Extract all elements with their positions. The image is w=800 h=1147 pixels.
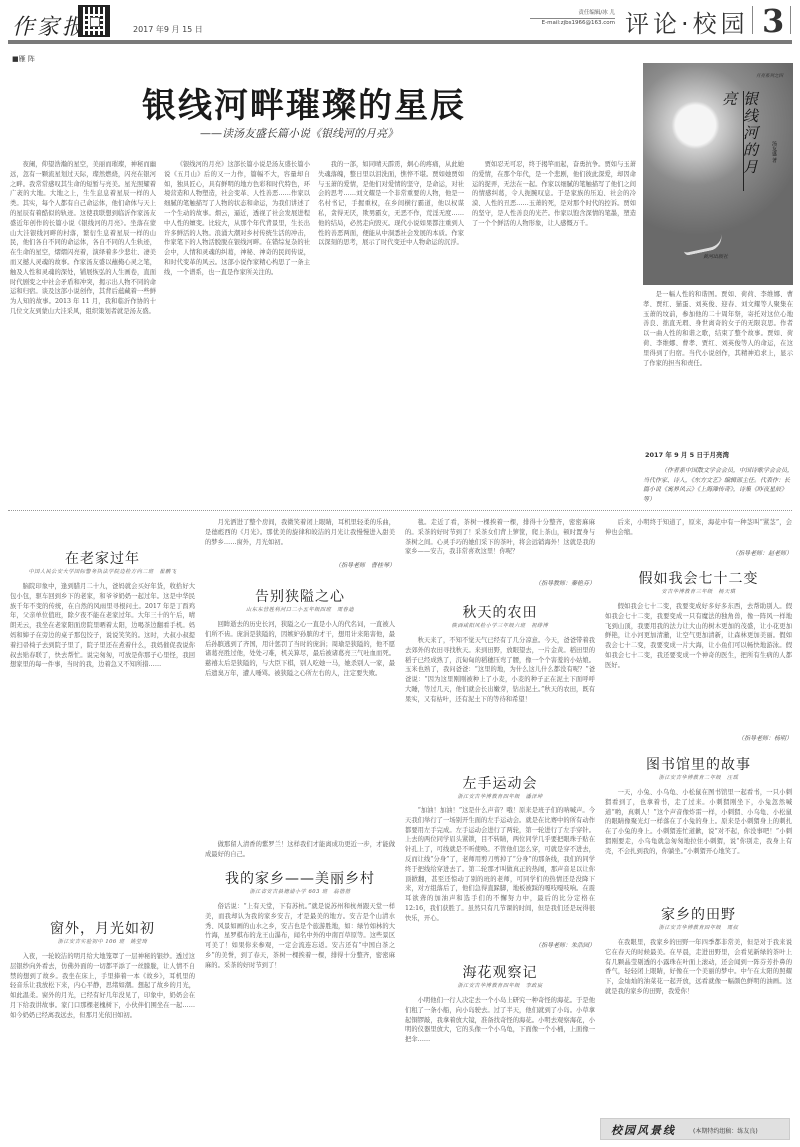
story-title: 家乡的田野	[605, 904, 792, 924]
feature-column-3: 我的一部，如同晴天霹雳，炯心的疼痛，从此她失魂落魄，整日里以泪洗面，憔悴不堪。贾…	[318, 160, 464, 478]
story-continuation: 毯。走近了看，茶树一棵挨着一棵，排得十分整齐，密密麻麻的。采茶的好时节到了！采茶…	[405, 518, 595, 558]
editor-info: 责任编辑/冰 儿 E-mail:zjbs1966@163.com	[530, 9, 615, 28]
masthead-rule	[8, 40, 792, 44]
story-school: 中国人民公安大学国际警务执法学院边检方向二班 崔鹏飞	[10, 568, 195, 575]
story-continuation: 月光洒进了整个房间，我微笑着闭上眼睛，耳机里轻柔的乐曲，是德彪西的《月光》。那优…	[205, 518, 395, 554]
story-school: 浙江安吉华博教育四年级 潘泽坤	[405, 793, 595, 800]
story-school: 陕西咸阳风检小学三年级六班 祝绯博	[405, 622, 595, 629]
column-brand: 校园风景线	[611, 1122, 676, 1138]
story-title: 告别狭隘之心	[205, 586, 395, 606]
story-title: 窗外，月光如初	[10, 918, 195, 938]
column-footer-banner: 校园风景线 (本期特约组稿：练友良)	[600, 1118, 790, 1140]
story-school: 山东东营胜利河口二小五年级四班 周春迪	[205, 606, 395, 613]
story-school: 安吉华博教育三年级 杨天琪	[605, 588, 792, 595]
section-title: 评论·校园	[625, 4, 749, 39]
section-divider	[8, 510, 792, 511]
feature-headline: 银线河畔璀璨的星辰	[142, 78, 466, 127]
story-body: 小明他们一行人决定去一个小岛上研究一种奇怪的海花。于是他们租了一条小船，向小岛驶…	[405, 996, 595, 1142]
feature-subhead: ——读汤友盛长篇小说《银线河的月亮》	[200, 125, 398, 141]
story-title: 秋天的农田	[405, 602, 595, 622]
story-continuation: 后来，小明终于知道了，原来，海花中有一种茎叫“紧茎”，会伸也会缩。	[605, 518, 792, 538]
editor-name: 责任编辑/冰 儿	[530, 9, 615, 19]
story-title: 我的家乡——美丽乡村	[205, 868, 395, 888]
story-school: 浙江安吉华博教育四年级 周叔	[605, 924, 792, 931]
story-school: 浙江安吉实验初中 106 班 姚莹琦	[10, 938, 195, 945]
book-cover-image: 月亮系列之四 银线河的月亮 汤友盛 著 黄河出版社	[643, 63, 793, 285]
story-body: 入夜，一轮皎洁的明月给大地笼罩了一层神秘的银纱。透过这层银纱向外看去，仿佛外面的…	[10, 952, 195, 1142]
editor-email[interactable]: E-mail:zjbs1966@163.com	[530, 19, 615, 28]
story-body: 回眸逝去的历史长河，狭隘之心一直是小人的代名词，一直被人们所不齿。庞涓是狭隘的，…	[205, 620, 395, 830]
issue-date: 2017 年9 月 15 日	[133, 24, 203, 35]
feature-column-1: 夜阑，仰望浩瀚的星空，美丽而璀璨，神秘而幽远，忽有一颗流星划过天际，璨然燃烧，闪…	[10, 160, 156, 478]
newspaper-logo: 作家报	[12, 10, 87, 41]
feature-byline: ■雁 阵	[12, 54, 35, 64]
story-body: “加油！加油！”这是什么声音？哦！原来是班子们的呐喊声。今天我们举行了一场别开生…	[405, 806, 595, 936]
story-body: 秋天来了，不知不觉天气已经有了几分凉意。今天，爸爸带着我去郊外的农田寻找秋天。来…	[405, 636, 595, 761]
story-school: 浙江安吉华博教育二年级 汪瑶	[605, 774, 792, 781]
divider	[790, 6, 791, 34]
story-title: 海花观察记	[405, 962, 595, 982]
story-title: 在老家过年	[10, 548, 195, 568]
story-body: 假如我会七十二变，我要变成好多好多东西，去帮助别人。假如我会七十二变，我要变成一…	[605, 602, 792, 728]
cover-series: 月亮系列之四	[756, 73, 783, 79]
feature-column-5: 是一幅人性的和谐图。贾如、荷荷、李维娜、曹孝、贾红、猫蛋、刘英俊、迎春、刘文耀等…	[643, 290, 793, 446]
teacher-credit: （指导老师：朱浩园）	[405, 940, 595, 949]
teacher-credit: （指导教师：秦艳芬）	[405, 578, 595, 587]
story-body: 一天，小兔、小乌龟、小松鼠在图书馆里一起看书，一只小刺猬看到了，也拿着书，走了过…	[605, 788, 792, 898]
column-credit: (本期特约组稿：练友良)	[693, 1126, 758, 1135]
teacher-credit: （指导老师：赵老师）	[605, 548, 792, 557]
story-body: 脑院印象中，逢到腊月二十九，爸妈就会买好年货，收拾好大包小包，驱车回到乡下的老家…	[10, 582, 195, 902]
story-body: 俗话说：“上有天堂，下有苏杭。”就是说苏州和杭州跟天堂一样美，而我却认为我的家乡…	[205, 902, 395, 1142]
story-title: 假如我会七十二变	[605, 568, 792, 588]
feature-column-2: 《银线河的月亮》这部长篇小说是汤友盛长篇小说《五月山》后的又一力作，篇幅不大，容…	[164, 160, 310, 478]
feature-column-4: 贾如忍无可忍，终于揭竿而起，奋勇抗争。贾如与玉萧的爱情，在那个年代，是一个悲剧，…	[472, 160, 636, 478]
story-title: 左手运动会	[405, 773, 595, 793]
cover-title: 银线河的月亮	[743, 91, 761, 191]
qr-code-icon	[78, 5, 110, 37]
divider	[752, 6, 753, 34]
teacher-credit: （指导老师：杨明）	[605, 733, 792, 742]
teacher-credit: （指导老师 曹桂琴）	[205, 560, 395, 569]
cover-author: 汤友盛 著	[771, 141, 778, 163]
story-title: 图书馆里的故事	[605, 754, 792, 774]
masthead: 作家报 2017 年9 月 15 日 责任编辑/冰 儿 E-mail:zjbs1…	[0, 0, 800, 44]
story-school: 浙江安吉华博教育四年级 李政宸	[405, 982, 595, 989]
cover-publisher: 黄河出版社	[703, 253, 728, 260]
page-number: 3	[762, 2, 784, 40]
author-note: （作者系中国散文学会会员，中国诗歌学会会员，当代作家、诗人，《东方文艺》编辑部主…	[643, 466, 793, 504]
story-school: 浙江省安吉县塘浦小学 603 班 翁蓓蓓	[205, 888, 395, 895]
story-body: 在我眼里，我家乡的田野一年四季都非常美，但是对于我来说它在春天的时候最美。在早晨…	[605, 938, 792, 1114]
feature-signoff: 2017 年 9 月 5 日于月亮湾	[645, 450, 729, 459]
story-continuation: 做那留人清香的紫罗兰！这样我们才能离成功更近一步，才能做成最好的自己。	[205, 840, 395, 860]
